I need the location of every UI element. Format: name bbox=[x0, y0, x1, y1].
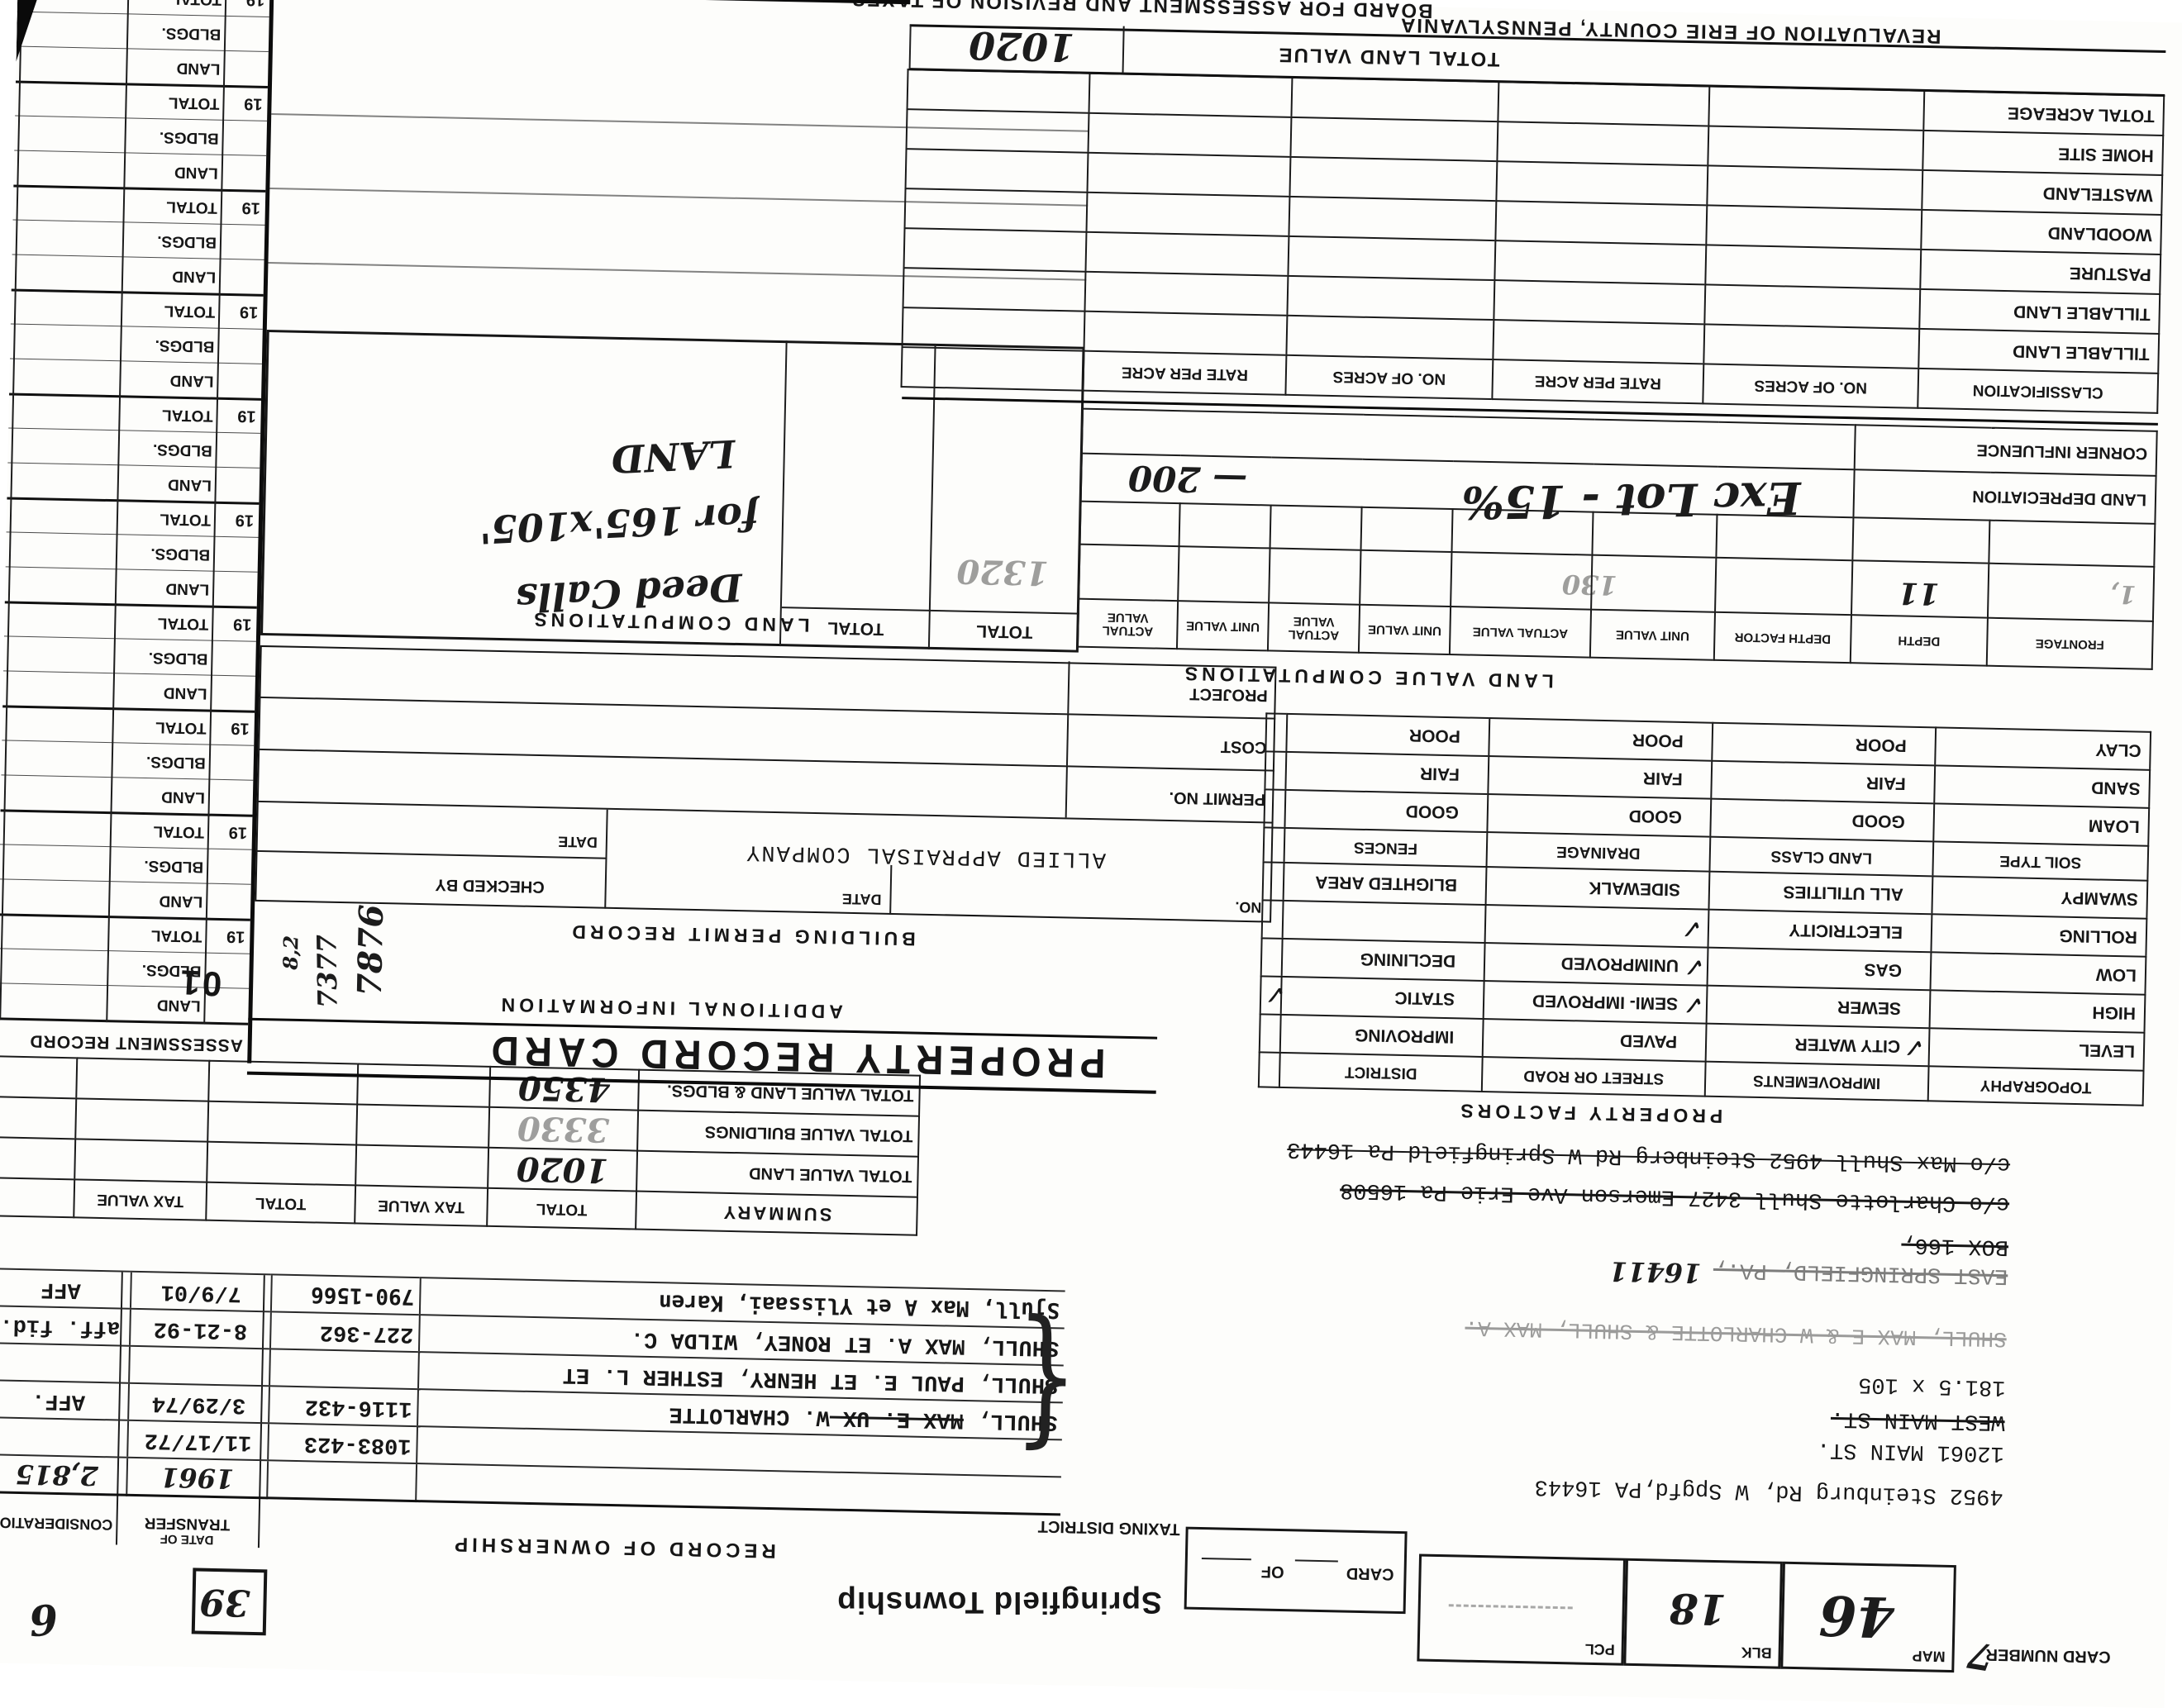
class-row-label: TILLABLE LAND bbox=[2013, 302, 2151, 323]
lot-dimensions: 181.5 x 105 bbox=[1858, 1372, 2006, 1400]
consideration: AFF bbox=[40, 1277, 81, 1302]
assessment-row: 19TOTAL bbox=[0, 809, 252, 849]
empty-cell bbox=[1707, 165, 1922, 209]
summary-row-label: TOTAL VALUE BUILDINGS bbox=[637, 1111, 919, 1157]
date-of-label: DATE OF bbox=[117, 1531, 256, 1549]
class-row-label: WOODLAND bbox=[2047, 223, 2151, 245]
factors-cell-text: SWAMPY bbox=[2061, 888, 2138, 909]
blk-label: BLK bbox=[1741, 1644, 1771, 1662]
assessment-row-label: LAND bbox=[165, 578, 209, 597]
total-land-value-amount: 1020 bbox=[969, 23, 1075, 70]
empty-cell bbox=[1269, 548, 1360, 604]
assessment-row-label: LAND bbox=[161, 787, 205, 806]
assessment-row-label: BLDGS. bbox=[146, 752, 206, 771]
hand-value: 130 bbox=[1561, 569, 1617, 601]
factors-cell: SWAMPY bbox=[1932, 876, 2147, 918]
east-springfield-line: EAST SPRINGFIELD, PA., 16411 bbox=[1609, 1254, 2008, 1295]
factors-cell-text: GOOD bbox=[1405, 802, 1459, 821]
assessment-row-label: BLDGS. bbox=[144, 856, 203, 875]
assessment-row-label: LAND bbox=[159, 891, 202, 910]
class-row-label-cell: PASTURE bbox=[1920, 250, 2161, 294]
factors-cell: PAVED bbox=[1483, 1019, 1707, 1062]
factors-cell-text: DECLINING bbox=[1360, 949, 1455, 970]
corner-handwritten-mark: 6 bbox=[27, 1594, 60, 1645]
factors-header-cell: FENCES bbox=[1284, 828, 1488, 867]
permit-row-label: COST bbox=[1221, 736, 1267, 756]
record-of-ownership-title: RECORD OF OWNERSHIP bbox=[382, 1530, 845, 1563]
assessment-row: LAND bbox=[2, 670, 255, 710]
factors-cell bbox=[1485, 905, 1709, 948]
owner-name-struck: MAX E. UX bbox=[830, 1405, 965, 1432]
empty-cell bbox=[1264, 789, 1285, 828]
depreciation-note-handwritten: Exc Lot - 15% bbox=[1461, 472, 1801, 530]
factors-cell-text: POOR bbox=[1409, 726, 1460, 746]
lvc-header-cell: ACTUAL VALUE bbox=[1268, 602, 1360, 652]
class-row-label: TOTAL ACREAGE bbox=[2008, 103, 2155, 126]
deed-note-line3: LAND bbox=[610, 431, 736, 482]
co-max-line: c/o Max Shull 4952 Steinberg Rd W Spring… bbox=[1287, 1136, 2010, 1176]
year-prefix: 19 bbox=[229, 822, 248, 841]
factors-cell-text: SIDEWALK bbox=[1589, 878, 1680, 899]
summary-header-cell: TOTAL bbox=[487, 1188, 636, 1230]
assessment-row: LAND bbox=[7, 462, 260, 502]
transfer-date: 7/9/01 bbox=[160, 1279, 241, 1306]
transfer-date-cell: 7/9/01 bbox=[131, 1272, 272, 1312]
assessment-row-label: TOTAL bbox=[155, 717, 207, 736]
year-prefix: 19 bbox=[235, 510, 254, 529]
summary-header-cell bbox=[0, 1178, 74, 1217]
consideration-cell bbox=[0, 1344, 130, 1384]
assessment-record-title: ASSESSMENT RECORD bbox=[0, 1030, 275, 1055]
factors-cell: POOR bbox=[1286, 714, 1489, 756]
assessment-row-label: BLDGS. bbox=[160, 127, 219, 146]
lvc-header-cell: DEPTH bbox=[1851, 615, 1988, 665]
card-number-handwritten-mark: 7 bbox=[1965, 1633, 1996, 1678]
divider bbox=[1065, 765, 1068, 817]
class-row-label: WASTELAND bbox=[2042, 183, 2152, 205]
factors-cell: IMPROVING bbox=[1280, 1015, 1484, 1057]
owner-name: SHULL, MAX A. ET RONEY, WILDA C. bbox=[631, 1325, 1060, 1359]
factors-cell: ELECTRICITY bbox=[1708, 910, 1932, 953]
struck-owner-line: SHULL, MAX E & W CHARLOTTE & SHULL, MAX … bbox=[1465, 1315, 2007, 1352]
of-blank bbox=[1202, 1558, 1251, 1560]
pcl-box: PCL bbox=[1417, 1554, 1626, 1666]
empty-cell bbox=[904, 228, 1087, 272]
deed-book-page-cell bbox=[267, 1461, 417, 1501]
empty-cell bbox=[907, 109, 1089, 153]
factors-cell-text: LEVEL bbox=[2079, 1041, 2135, 1061]
lvc-header-cell: ACTUAL VALUE bbox=[1450, 607, 1591, 658]
assessment-row: 19TOTAL bbox=[8, 393, 261, 432]
factors-cell-text: PAVED bbox=[1620, 1031, 1678, 1051]
empty-cell bbox=[1291, 78, 1498, 121]
summary-header-cell: SUMMARY bbox=[636, 1192, 917, 1235]
factors-header-cell: STREET OR ROAD bbox=[1482, 1057, 1706, 1097]
assessment-row: 19TOTAL bbox=[0, 913, 250, 953]
empty-cell bbox=[355, 1144, 488, 1187]
owner-name: Sjull, Max A et Ylissaai, Karen bbox=[659, 1289, 1060, 1322]
empty-cell bbox=[207, 1142, 356, 1186]
empty-cell bbox=[1286, 316, 1494, 359]
assessment-row-label: TOTAL bbox=[166, 197, 217, 216]
corner-influence-label: CORNER INFLUENCE bbox=[1976, 441, 2147, 463]
transfer-date: 11/17/72 bbox=[144, 1427, 251, 1454]
class-row-label-cell: WASTELAND bbox=[1922, 170, 2162, 215]
east-springfield-struck: EAST SPRINGFIELD, PA., bbox=[1713, 1257, 2008, 1287]
empty-cell bbox=[1084, 272, 1288, 316]
factors-cell-text: UNIMPROVED bbox=[1560, 954, 1679, 975]
permit-date2-label: DATE bbox=[558, 832, 598, 850]
scanned-property-record-card: CARD NUMBER 7 MAP 46 BLK 18 PCL CARD OF … bbox=[0, 0, 2182, 1686]
factors-header-cell: TOPOGRAPHY bbox=[1928, 1066, 2144, 1105]
empty-cell bbox=[1708, 126, 1923, 169]
assessment-row: 19TOTAL bbox=[11, 288, 264, 328]
deed-book-page-cell: 227-362 bbox=[270, 1312, 420, 1353]
empty-cell bbox=[1989, 521, 2155, 567]
permit-row-label: PROJECT bbox=[1189, 683, 1268, 704]
empty-cell bbox=[0, 1137, 75, 1179]
factors-cell-text: SAND bbox=[2091, 778, 2141, 798]
taxing-district-label: TAXING DISTRICT bbox=[1039, 1516, 1179, 1539]
empty-cell bbox=[1084, 312, 1287, 355]
factors-cell: CLAY bbox=[1935, 727, 2151, 769]
card-number-label: CARD NUMBER bbox=[2003, 1644, 2110, 1666]
assessment-row: LAND bbox=[0, 878, 251, 918]
empty-cell bbox=[1497, 121, 1708, 165]
consideration-cell: AFF. bbox=[0, 1381, 129, 1421]
assessment-row-label: BLDGS. bbox=[150, 544, 210, 563]
page-number-box: 39 bbox=[192, 1568, 268, 1635]
class-row-label: TILLABLE LAND bbox=[2013, 341, 2150, 363]
owner-name: W. CHARLOTTE bbox=[669, 1401, 830, 1429]
page-number: 39 bbox=[199, 1581, 250, 1624]
factors-cell: SEWER bbox=[1707, 986, 1931, 1029]
checked-by-label: CHECKED BY bbox=[435, 874, 545, 896]
factors-cell: GOOD bbox=[1487, 794, 1711, 837]
year-prefix: 19 bbox=[240, 302, 259, 321]
empty-cell bbox=[906, 149, 1089, 193]
check-electricity-row: ✓ bbox=[1680, 913, 1703, 945]
empty-cell bbox=[1287, 276, 1494, 320]
factors-cell-text: IMPROVING bbox=[1355, 1025, 1455, 1047]
zip-handwritten: 16411 bbox=[1609, 1255, 1702, 1288]
assessment-groups: LANDBLDGS.19TOTALLANDBLDGS.19TOTALLANDBL… bbox=[0, 0, 270, 1025]
pcl-blank bbox=[1449, 1604, 1573, 1609]
factors-header-cell: LAND CLASS bbox=[1709, 837, 1933, 877]
assessment-row-label: TOTAL bbox=[151, 925, 202, 944]
lc-total1-label: TOTAL bbox=[930, 620, 1079, 643]
assessment-row-label: TOTAL bbox=[164, 301, 215, 320]
margin-number-7377: 7377 bbox=[311, 935, 343, 1009]
empty-cell bbox=[1703, 324, 1919, 368]
empty-cell bbox=[1263, 862, 1284, 901]
empty-cell bbox=[903, 268, 1086, 312]
transfer-date-cell: 11/17/72 bbox=[127, 1420, 269, 1461]
summary-value-cell: 1020 bbox=[488, 1148, 637, 1192]
assessment-row: BLDGS. bbox=[7, 427, 260, 467]
assessment-row: BLDGS. bbox=[17, 12, 269, 51]
summary-header-cell: TAX VALUE bbox=[74, 1179, 207, 1220]
factors-cell-text: ELECTRICITY bbox=[1789, 921, 1903, 942]
empty-cell bbox=[1260, 1014, 1281, 1053]
factors-cell: GOOD bbox=[1710, 799, 1934, 842]
consideration-cell: AFF bbox=[0, 1269, 131, 1310]
property-factors-title: PROPERTY FACTORS bbox=[1399, 1098, 1779, 1129]
year-prefix: 19 bbox=[233, 614, 252, 633]
blk-box: BLK 18 bbox=[1623, 1558, 1783, 1669]
address-main-st: 12061 MAIN ST. bbox=[1817, 1437, 2004, 1466]
deed-book-page: 1083-423 bbox=[304, 1430, 412, 1458]
permit-label-rows: PERMIT NO.COSTPROJECT bbox=[257, 645, 1277, 824]
assessment-row-label: BLDGS. bbox=[157, 231, 217, 250]
lc-total2-label: TOTAL bbox=[781, 616, 930, 640]
assessment-row: LAND bbox=[13, 150, 266, 190]
lvc-header-cell: UNIT VALUE bbox=[1590, 610, 1715, 660]
lvc-header-cell: FRONTAGE bbox=[1987, 618, 2153, 669]
class-row-label-cell: WOODLAND bbox=[1921, 210, 2161, 255]
factors-cell: POOR bbox=[1712, 723, 1936, 766]
factors-cell: SEMI- IMPROVED bbox=[1484, 981, 1708, 1024]
empty-cell bbox=[1085, 232, 1289, 276]
empty-cell bbox=[76, 1058, 209, 1101]
assessment-row-label: TOTAL bbox=[153, 821, 204, 840]
deed-book-page: 227-362 bbox=[320, 1320, 414, 1346]
factors-cell: ROLLING bbox=[1931, 914, 2146, 956]
lvc-header-cell: ACTUAL VALUE bbox=[1078, 599, 1178, 649]
factors-cell-text: CLAY bbox=[2095, 740, 2142, 760]
margin-number-7876: 7876 bbox=[350, 904, 391, 997]
assessment-row-label: TOTAL bbox=[169, 93, 220, 112]
assessment-row-label: BLDGS. bbox=[153, 440, 212, 459]
card-label: CARD bbox=[1346, 1563, 1394, 1583]
assessment-row: LAND bbox=[12, 255, 264, 294]
year-prefix: 19 bbox=[244, 93, 263, 112]
assessment-row: LAND bbox=[9, 358, 262, 397]
factors-cell-text: HIGH bbox=[2092, 1003, 2136, 1023]
empty-cell bbox=[1496, 161, 1708, 205]
empty-cell bbox=[1265, 751, 1286, 790]
divider bbox=[1066, 713, 1069, 765]
assessment-row-label: BLDGS. bbox=[161, 23, 221, 42]
lvc-header-cell: DEPTH FACTOR bbox=[1714, 612, 1851, 663]
depreciation-amount-handwritten: — 200 bbox=[1127, 458, 1247, 501]
factors-cell-text: ROLLING bbox=[2059, 926, 2137, 947]
empty-cell bbox=[1289, 197, 1496, 240]
empty-cell bbox=[902, 347, 1084, 391]
empty-cell bbox=[1494, 280, 1705, 324]
deed-book-page-cell bbox=[269, 1349, 419, 1390]
summary-value: 3330 bbox=[517, 1109, 609, 1149]
hand-depth: 11 bbox=[1898, 575, 1940, 611]
empty-cell bbox=[1715, 558, 1852, 615]
empty-cell bbox=[74, 1139, 207, 1182]
check-city-water: ✓ bbox=[1903, 1032, 1926, 1064]
class-header-cell: RATE PER ACRE bbox=[1083, 351, 1286, 395]
empty-cell bbox=[1360, 507, 1452, 552]
class-row-label-cell: TOTAL ACREAGE bbox=[1923, 91, 2164, 136]
assessment-row: LAND bbox=[16, 46, 269, 86]
factors-cell-text: SEWER bbox=[1837, 997, 1901, 1018]
assessment-group: LANDBLDGS.19TOTAL bbox=[0, 809, 252, 918]
summary-header-cell: TOTAL bbox=[206, 1182, 355, 1224]
consideration: aff. fid. bbox=[0, 1312, 121, 1339]
transfer-date-cell bbox=[129, 1346, 270, 1387]
check-static-margin: ✓ bbox=[1264, 978, 1287, 1011]
empty-cell bbox=[1288, 236, 1495, 280]
map-box: MAP 46 bbox=[1780, 1562, 1956, 1672]
map-value: 46 bbox=[1818, 1583, 1895, 1649]
empty-cell bbox=[1708, 86, 1924, 130]
card-of-box: CARD OF bbox=[1184, 1527, 1408, 1615]
year-prefix: 19 bbox=[246, 0, 265, 9]
factors-cell-text: CITY WATER bbox=[1794, 1035, 1900, 1056]
map-label: MAP bbox=[1912, 1647, 1945, 1665]
class-row-label-cell: HOME SITE bbox=[1922, 131, 2163, 175]
record-of-ownership-table: 19612,8151083-42311/17/72SHULL, MAX E. U… bbox=[0, 1268, 1065, 1516]
factors-cell: DECLINING bbox=[1282, 939, 1485, 981]
deed-book-page-cell: 790-1566 bbox=[271, 1275, 421, 1315]
factors-cell-text: GAS bbox=[1864, 960, 1902, 980]
factors-cell-text: LOW bbox=[2096, 965, 2137, 985]
deed-book-page: 790-1566 bbox=[311, 1282, 415, 1309]
assessment-row: BLDGS. bbox=[12, 220, 265, 259]
class-row-label: PASTURE bbox=[2070, 264, 2151, 284]
empty-cell bbox=[1852, 517, 1989, 563]
summary-row-label: TOTAL VALUE LAND bbox=[636, 1151, 918, 1197]
empty-cell bbox=[1086, 193, 1289, 236]
factors-cell: GOOD bbox=[1284, 790, 1488, 832]
land-value-computations-table: FRONTAGEDEPTHDEPTH FACTORUNIT VALUEACTUA… bbox=[1077, 408, 2158, 670]
address-west-main-struck: WEST MAIN ST. bbox=[1831, 1406, 2005, 1434]
assessment-row-label: TOTAL bbox=[170, 0, 222, 8]
assessment-row: 19TOTAL bbox=[15, 81, 268, 121]
assessment-row-label: LAND bbox=[164, 683, 207, 702]
assessment-row: BLDGS. bbox=[10, 323, 263, 363]
empty-cell bbox=[1265, 713, 1287, 752]
additional-information-title: ADDITIONAL INFORMATION bbox=[438, 992, 901, 1025]
empty-cell bbox=[207, 1101, 357, 1145]
factors-cell-text: SEMI- IMPROVED bbox=[1532, 992, 1679, 1014]
empty-cell bbox=[1079, 545, 1179, 601]
empty-cell bbox=[0, 1097, 76, 1139]
deed-book-page: 1116-432 bbox=[305, 1393, 412, 1420]
empty-cell bbox=[356, 1104, 489, 1147]
factors-cell: BLIGHTED AREA bbox=[1284, 863, 1487, 905]
factors-cell: HIGH bbox=[1930, 990, 2146, 1032]
consideration-header: CONSIDERATION bbox=[0, 1513, 117, 1533]
assessment-row: BLDGS. bbox=[14, 116, 267, 155]
transfer-date: 3/29/74 bbox=[152, 1390, 246, 1416]
factors-cell: POOR bbox=[1489, 718, 1713, 761]
empty-cell bbox=[1493, 320, 1704, 364]
factors-cell-text: GOOD bbox=[1851, 811, 1905, 831]
class-header-cell: CLASSIFICATION bbox=[1918, 369, 2158, 413]
assessment-row-label: TOTAL bbox=[162, 405, 213, 424]
empty-cell bbox=[1498, 82, 1709, 126]
assessment-row: LAND bbox=[5, 566, 258, 606]
hand-frontage: 1, bbox=[2110, 579, 2137, 609]
factors-cell-text: ALL UTILITIES bbox=[1783, 883, 1903, 904]
empty-cell bbox=[1259, 1052, 1280, 1087]
factors-cell: SIDEWALK bbox=[1486, 867, 1710, 910]
summary-header-cell: TAX VALUE bbox=[355, 1185, 488, 1225]
transfer-date: 1961 bbox=[160, 1461, 235, 1494]
factors-cell: CITY WATER bbox=[1706, 1024, 1930, 1067]
blk-value: 18 bbox=[1669, 1584, 1727, 1634]
empty-cell bbox=[1179, 503, 1271, 548]
consideration-cell: 2,815 bbox=[0, 1455, 127, 1496]
year-prefix: 19 bbox=[241, 197, 260, 216]
class-row-label-cell: TILLABLE LAND bbox=[1918, 329, 2159, 373]
deed-book-page-cell: 1116-432 bbox=[269, 1387, 418, 1427]
board-line: BOARD FOR ASSESSMENT AND REVISION OF TAX… bbox=[728, 0, 1555, 25]
transfer-date: 8-21-92 bbox=[153, 1315, 247, 1342]
factors-cell: SAND bbox=[1934, 765, 2150, 807]
empty-cell bbox=[1261, 938, 1283, 977]
assessment-group: LANDBLDGS.19TOTAL bbox=[12, 185, 266, 294]
factors-cell: FAIR bbox=[1711, 761, 1935, 804]
factors-cell-text: POOR bbox=[1856, 735, 1907, 755]
depreciation-label-cell: LAND DEPRECIATION bbox=[1853, 469, 2156, 524]
factors-cell-text: GOOD bbox=[1628, 806, 1682, 826]
class-header-cell: NO. OF ACRES bbox=[1703, 364, 1918, 407]
class-header-cell: RATE PER ACRE bbox=[1492, 359, 1703, 403]
depreciation-label: LAND DEPRECIATION bbox=[1972, 488, 2146, 509]
assessment-row-label: LAND bbox=[168, 475, 212, 494]
date-of-transfer-header: DATE OF TRANSFER bbox=[117, 1513, 257, 1549]
assessment-row-label: TOTAL bbox=[160, 509, 211, 528]
land-classification-table: CLASSIFICATIONNO. OF ACRESRATE PER ACREN… bbox=[900, 69, 2165, 414]
class-row-label-cell: TILLABLE LAND bbox=[1919, 289, 2160, 334]
pcl-label: PCL bbox=[1584, 1640, 1614, 1658]
property-factors-table: TOPOGRAPHYIMPROVEMENTSSTREET OR ROADDIST… bbox=[1258, 712, 2151, 1106]
empty-cell bbox=[1290, 117, 1498, 161]
summary-label-text: TOTAL VALUE BUILDINGS bbox=[704, 1123, 912, 1145]
lvc-header-cell: UNIT VALUE bbox=[1359, 605, 1451, 654]
year-prefix: 19 bbox=[226, 926, 245, 945]
empty-cell bbox=[1706, 205, 1922, 249]
permit-row-label: PERMIT NO. bbox=[1169, 787, 1265, 808]
factors-cell-text: BLIGHTED AREA bbox=[1315, 873, 1457, 895]
township-stamp: Springfield Township bbox=[836, 1585, 1161, 1620]
empty-cell bbox=[1087, 153, 1290, 197]
total-land-value-label: TOTAL LAND VALUE bbox=[1124, 40, 1653, 74]
empty-cell bbox=[1264, 827, 1285, 863]
empty-cell bbox=[1089, 74, 1292, 117]
factors-cell: LOW bbox=[1930, 952, 2146, 994]
factors-cell: GAS bbox=[1708, 948, 1932, 991]
empty-cell bbox=[75, 1098, 208, 1141]
lvc-header-cell: UNIT VALUE bbox=[1177, 601, 1269, 650]
factors-cell-text: FAIR bbox=[1643, 768, 1683, 788]
permit-no-col-label: NO. bbox=[1235, 898, 1261, 916]
permit-date-col-label: DATE bbox=[842, 890, 882, 908]
assessment-row-label: TOTAL bbox=[158, 613, 209, 632]
empty-cell bbox=[1494, 240, 1706, 284]
class-header-cell: NO. OF ACRES bbox=[1285, 355, 1493, 399]
factors-cell bbox=[1283, 901, 1486, 943]
corner-influence-label-cell: CORNER INFLUENCE bbox=[1855, 425, 2157, 476]
assessment-row-label: LAND bbox=[172, 267, 216, 286]
factors-cell-text: POOR bbox=[1632, 730, 1684, 750]
hand-brace: { bbox=[1013, 1301, 1080, 1474]
empty-cell bbox=[1704, 284, 1920, 328]
factors-cell: UNIMPROVED bbox=[1484, 943, 1708, 986]
assessment-row: BLDGS. bbox=[6, 531, 259, 571]
consideration: 2,815 bbox=[15, 1458, 98, 1492]
address-typed-current: 4952 Steinburg Rd, W Spgfd,PA 16443 bbox=[1534, 1473, 2003, 1508]
assessment-row: LAND bbox=[1, 774, 254, 814]
